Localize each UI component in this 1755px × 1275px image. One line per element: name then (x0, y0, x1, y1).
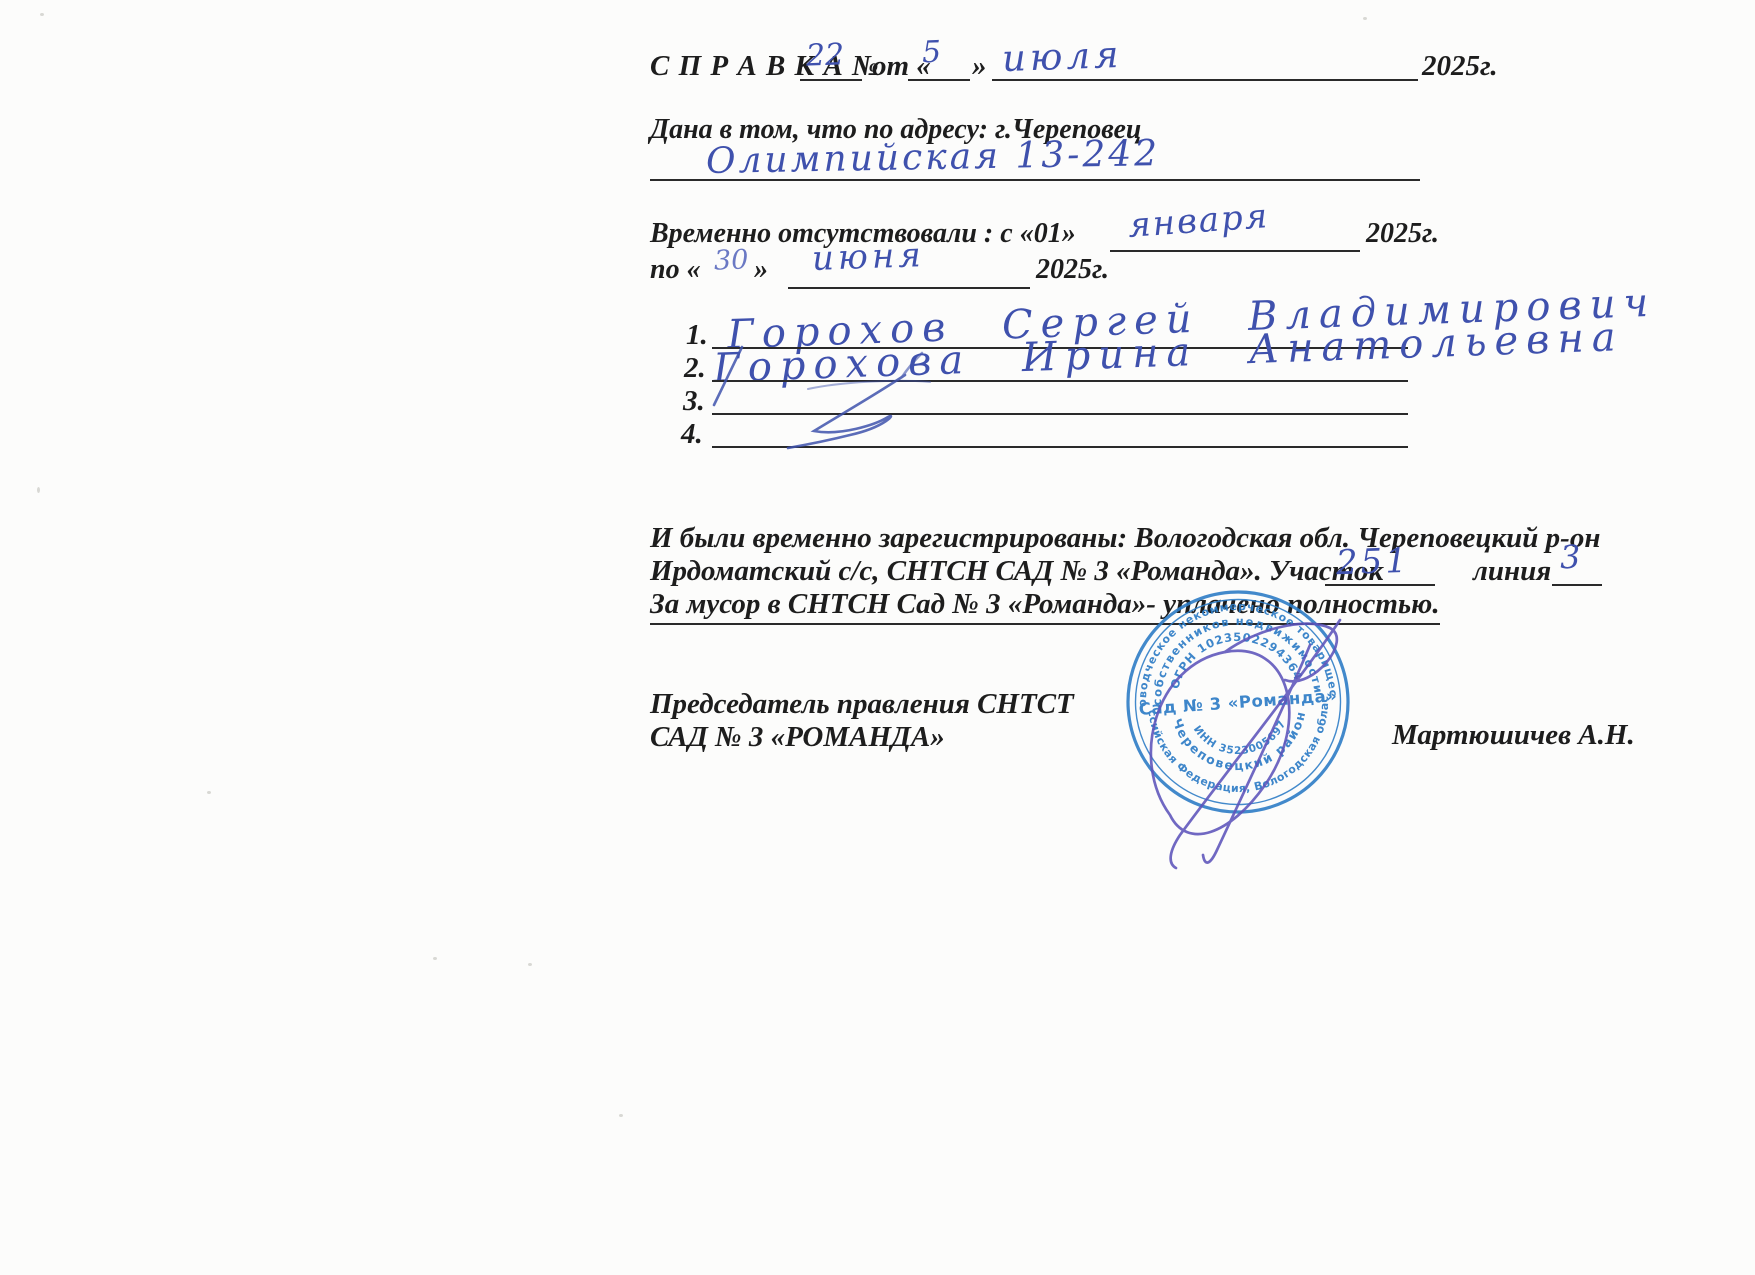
date-month-handwritten: июля (1001, 36, 1123, 77)
line-label: линия (1473, 557, 1551, 586)
date-day-handwritten: 5 (921, 38, 941, 69)
absence-line2-prefix: по « (650, 256, 701, 284)
date-year: 2025г. (1422, 52, 1498, 81)
absence-to-day-handwritten: 30 (714, 246, 749, 274)
address-underline (650, 179, 1420, 181)
chairman-title-line2: САД № 3 «РОМАНДА» (650, 723, 945, 752)
absence-year1: 2025г. (1366, 220, 1439, 248)
absence-quote-close: » (754, 256, 768, 284)
date-quote-close: » (972, 52, 987, 81)
certificate-number-handwritten: 22 (805, 40, 844, 71)
chairman-title-line1: Председатель правления СНТСТ (650, 690, 1074, 719)
blank-underline (908, 79, 970, 81)
registration-line2: Ирдоматский с/с, СНТСН САД № 3 «Романда»… (650, 557, 1383, 586)
absence-year2: 2025г. (1036, 256, 1109, 284)
absence-to-month-handwritten: июня (811, 238, 925, 276)
chairman-name: Мартюшичев А.Н. (1392, 721, 1635, 750)
scan-speck (528, 963, 532, 966)
blank-underline (800, 79, 862, 81)
certificate-title: С П Р А В К А № (650, 52, 880, 81)
scan-speck (40, 13, 44, 16)
blank-underline (1552, 584, 1602, 586)
address-value-handwritten: Олимпийская 13-242 (706, 136, 1161, 180)
absence-from-month-handwritten: января (1127, 199, 1270, 243)
scan-speck (207, 791, 211, 794)
registration-line1: И были временно зарегистрированы: Волого… (650, 524, 1600, 553)
scan-speck (433, 957, 437, 960)
blank-underline (1110, 250, 1360, 252)
line-number-handwritten: 3 (1559, 541, 1580, 574)
scan-speck (619, 1114, 623, 1117)
plot-number-handwritten: 251 (1335, 544, 1410, 581)
scan-speck (37, 487, 40, 493)
certificate-page: С П Р А В К А № 22 от « 5 » июля 2025г. … (0, 0, 1755, 1275)
chairman-signature (1125, 600, 1375, 880)
pen-scribble (690, 335, 1110, 470)
blank-underline (788, 287, 1030, 289)
scan-speck (1363, 17, 1367, 20)
blank-underline (992, 79, 1418, 81)
